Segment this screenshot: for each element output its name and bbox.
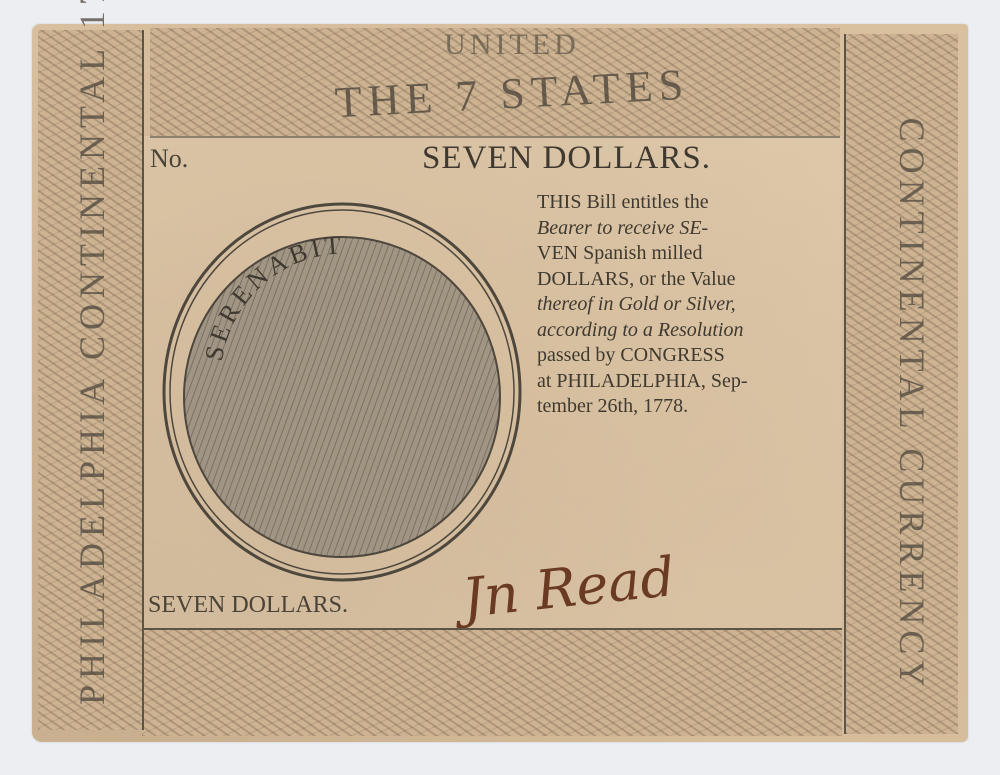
seal-emblem-icon: SERENABIT — [152, 192, 522, 582]
promise-line: tember 26th, 1778. — [537, 394, 847, 420]
promise-line: at PHILADELPHIA, Sep- — [537, 369, 847, 395]
currency-note: UNITED THE 7 STATES PHILADELPHIA CONTINE… — [32, 24, 968, 742]
bottom-border-band — [142, 628, 842, 736]
signature-line — [372, 628, 832, 630]
promise-line: passed by CONGRESS — [537, 343, 847, 369]
promise-text: THIS Bill entitles the Bearer to receive… — [537, 190, 847, 420]
left-border-text: PHILADELPHIA CONTINENTAL 1778 — [71, 105, 113, 705]
promise-line: according to a Resolution — [537, 318, 847, 344]
serial-number-label: No. — [150, 144, 188, 174]
denomination-heading: SEVEN DOLLARS. — [422, 140, 711, 177]
denomination-footer: SEVEN DOLLARS. — [148, 592, 348, 619]
promise-line: thereof in Gold or Silver, — [537, 292, 847, 318]
promise-line: DOLLARS, or the Value — [537, 267, 847, 293]
promise-line: VEN Spanish milled — [537, 241, 847, 267]
promise-line: THIS Bill entitles the — [537, 190, 847, 216]
top-band-united: UNITED — [362, 28, 662, 62]
promise-line: Bearer to receive SE- — [537, 216, 847, 242]
right-border-text: CONTINENTAL CURRENCY — [891, 105, 933, 705]
